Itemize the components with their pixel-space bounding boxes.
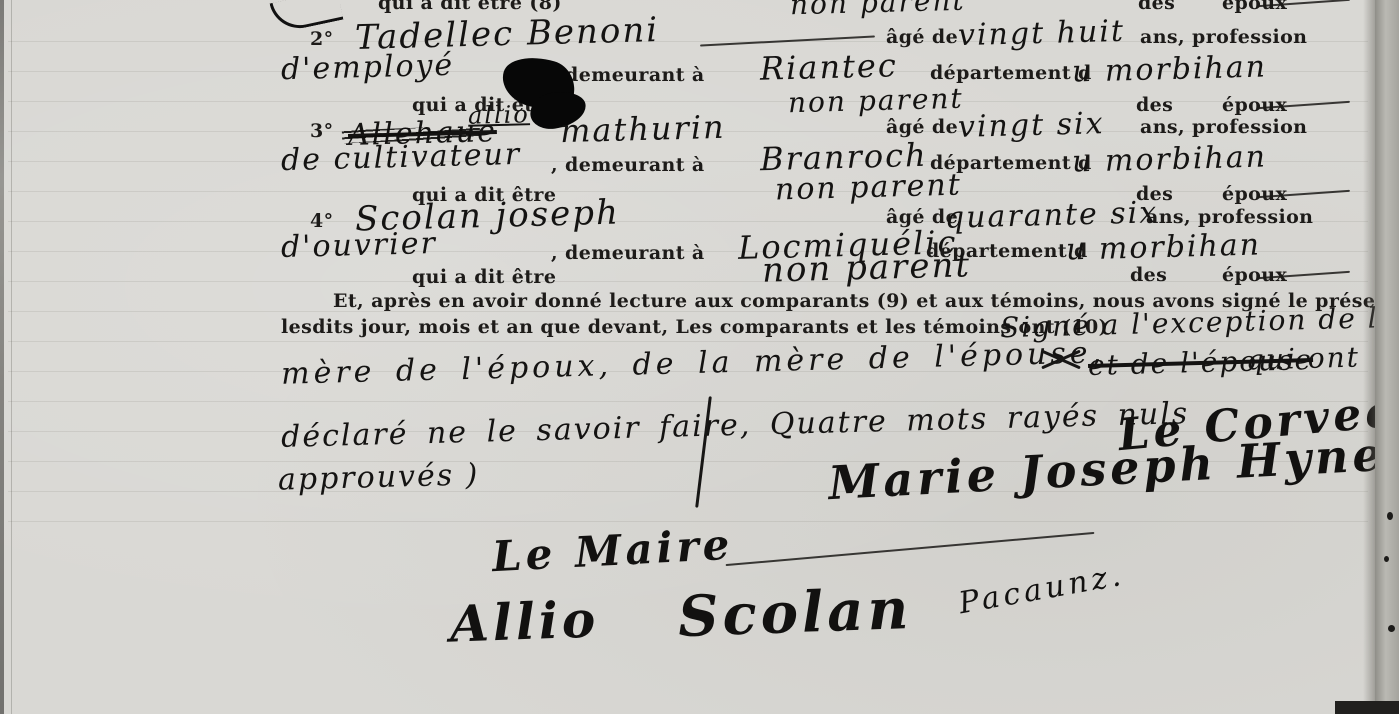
ink-spot [1387,512,1393,520]
signature-allio: Allio [449,589,600,653]
witness4-relation: non parent [762,245,972,290]
closing-line3-start: mère de l'époux, de la mère de l'épouse, [281,335,1106,392]
top-epoux-label: époux [1222,0,1287,14]
page-edge-shadow [1363,0,1375,714]
witness2-des-label: des [1136,94,1173,116]
pen-flourish [700,35,875,46]
witness3-profession: de cultivateur [281,137,522,178]
fold-line [11,0,12,714]
witness3-age-suffix: ans, profession [1140,116,1307,138]
witness4-residence-label: , demeurant à [551,242,705,264]
scribble-cross [1040,346,1080,374]
witness3-name: mathurin [560,108,727,150]
ink-spot [1384,556,1389,562]
registry-page: qui a dit être (8) non parent des époux … [0,0,1399,714]
closing-line5: approuvés ) [278,457,480,497]
witness3-age-label: âgé de [886,116,958,138]
witness4-department: u morbihan [1066,227,1262,267]
witness2-residence: Riantec [760,46,899,88]
witness4-age: quarante six [945,195,1159,236]
witness2-department-label: département d [930,62,1092,84]
top-des-label: des [1138,0,1175,14]
witness2-age: vingt huit [958,14,1126,53]
witness4-profession: d'ouvrier [281,226,438,265]
adjacent-page-edge [1375,0,1399,714]
witness2-age-label: âgé de [886,26,958,48]
closing-line2-printed: lesdits jour, mois et an que devant, Les… [281,316,1108,338]
ink-spot [1388,625,1395,632]
witness2-residence-label: , demeurant à [551,64,705,86]
signature-scolan: Scolan [677,576,913,650]
scan-edge-dark [1335,701,1399,714]
witness3-number: 3° [310,120,334,142]
witness3-relation: non parent [775,168,963,208]
witness2-relation: non parent [788,82,964,120]
witness3-corrected-name: allio [468,100,531,130]
witness2-department: u morbihan [1072,49,1268,89]
top-relation-value: non parent [790,0,966,21]
signature-le-maire: Le Maire [491,520,735,582]
page-binding-edge [0,0,4,714]
witness2-profession: d'employé [281,48,455,88]
pen-flourish [726,532,1095,566]
witness4-age-suffix: ans, profession [1146,206,1313,228]
witness4-des-label: des [1130,264,1167,286]
witness2-age-suffix: ans, profession [1140,26,1307,48]
witness3-age: vingt six [958,106,1105,145]
witness4-relation-label: qui a dit être [412,266,556,288]
closing-line3-end: qui ont [1246,341,1361,377]
witness2-number: 2° [310,28,334,50]
signature-last-witness: Pacaunz. [956,558,1127,622]
witness3-residence-label: , demeurant à [551,154,705,176]
top-relation-label: qui a dit être (8) [378,0,562,14]
witness3-department: u morbihan [1072,139,1268,179]
